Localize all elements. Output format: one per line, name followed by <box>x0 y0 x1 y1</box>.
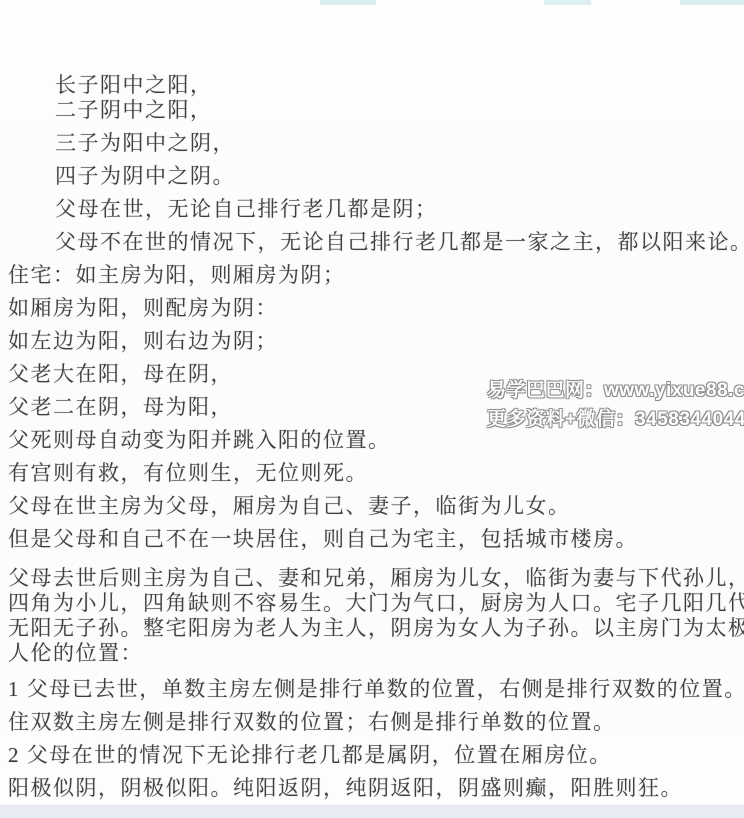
text-line: 无阳无子孙。整宅阳房为老人为主人，阴房为女人为子孙。以主房门为太极点论 <box>8 616 744 641</box>
text-line: 四子为阴中之阴。 <box>55 164 744 189</box>
text-line: 长子阳中之阳， <box>55 73 744 98</box>
text-line: 住宅：如主房为阳，则厢房为阴； <box>8 263 744 288</box>
text-line: 但是父母和自己不在一块居住，则自己为宅主，包括城市楼房。 <box>8 527 744 552</box>
text-line: 父母在世主房为父母，厢房为自己、妻子，临街为儿女。 <box>8 494 744 519</box>
text-line: 四角为小儿，四角缺则不容易生。大门为气口，厨房为人口。宅子几阳几代人， <box>8 591 744 616</box>
text-line: 住双数主房左侧是排行双数的位置；右侧是排行单数的位置。 <box>8 710 744 735</box>
text-line: 1 父母已去世，单数主房左侧是排行单数的位置，右侧是排行双数的位置。 <box>8 677 744 702</box>
text-line: 如厢房为阳，则配房为阴： <box>8 296 744 321</box>
document-text-block: 长子阳中之阳， 二子阴中之阳， 三子为阳中之阴， 四子为阴中之阴。 父母在世，无… <box>0 73 744 809</box>
text-line: 父老大在阳，母在阴， <box>8 362 744 387</box>
text-line: 2 父母在世的情况下无论排行老几都是属阴，位置在厢房位。 <box>8 743 744 768</box>
text-line: 如左边为阳，则右边为阴； <box>8 329 744 354</box>
text-line: 三子为阳中之阴， <box>55 131 744 156</box>
text-line: 父母在世，无论自己排行老几都是阴； <box>55 197 744 222</box>
text-line: 阳极似阴，阴极似阳。纯阳返阴，纯阴返阳，阴盛则癫，阳胜则狂。 <box>8 776 744 801</box>
top-edge-fragment <box>544 0 591 5</box>
text-line: 父死则母自动变为阳并跳入阳的位置。 <box>8 428 744 453</box>
bottom-strip <box>0 805 744 818</box>
text-line: 父老二在阴，母为阳， <box>8 395 744 420</box>
text-line: 有宫则有救，有位则生，无位则死。 <box>8 461 744 486</box>
text-line: 人伦的位置： <box>8 641 744 666</box>
top-edge-fragment <box>320 0 376 5</box>
text-line: 二子阴中之阳， <box>55 98 744 123</box>
text-line: 父母不在世的情况下，无论自己排行老几都是一家之主，都以阳来论。 <box>55 230 744 255</box>
text-line: 父母去世后则主房为自己、妻和兄弟，厢房为儿女，临街为妻与下代孙儿， <box>8 566 744 591</box>
document-page: 长子阳中之阳， 二子阴中之阳， 三子为阳中之阴， 四子为阴中之阴。 父母在世，无… <box>0 0 744 818</box>
top-edge-fragment <box>680 0 744 5</box>
